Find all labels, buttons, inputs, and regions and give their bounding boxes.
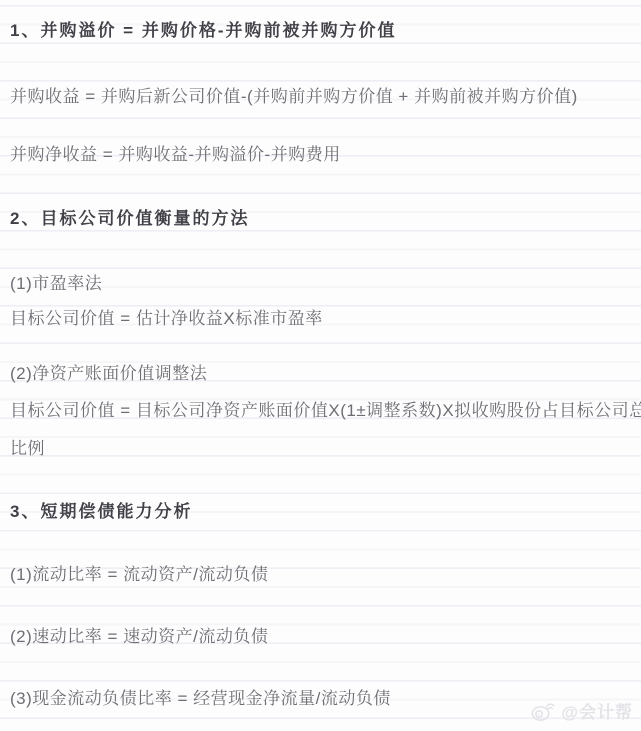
formula-current-ratio: (1)流动比率 = 流动资产/流动负债	[10, 565, 633, 584]
section-3-heading: 3、短期偿债能力分析	[10, 502, 633, 521]
section-2-heading: 2、目标公司价值衡量的方法	[10, 209, 633, 228]
section-1-heading: 1、并购溢价 = 并购价格-并购前被并购方价值	[10, 21, 633, 40]
formula-book-value-valuation-line2: 比例	[10, 439, 633, 458]
formula-book-value-valuation-line1: 目标公司价值 = 目标公司净资产账面价值X(1±调整系数)X拟收购股份占目标公司…	[10, 401, 633, 420]
weibo-icon	[531, 700, 557, 722]
formula-quick-ratio: (2)速动比率 = 速动资产/流动负债	[10, 627, 633, 646]
formula-merger-net-gain: 并购净收益 = 并购收益-并购溢价-并购费用	[10, 145, 633, 164]
formula-pe-valuation: 目标公司价值 = 估计净收益X标准市盈率	[10, 309, 633, 328]
formula-merger-gain: 并购收益 = 并购后新公司价值-(并购前并购方价值 + 并购前被并购方价值)	[10, 87, 633, 106]
watermark-handle: @会计帮	[561, 698, 633, 723]
method-pe-ratio-label: (1)市盈率法	[10, 274, 633, 293]
watermark: @会计帮	[531, 698, 633, 723]
notes-page: 1、并购溢价 = 并购价格-并购前被并购方价值 并购收益 = 并购后新公司价值-…	[0, 0, 641, 731]
method-book-value-label: (2)净资产账面价值调整法	[10, 364, 633, 383]
